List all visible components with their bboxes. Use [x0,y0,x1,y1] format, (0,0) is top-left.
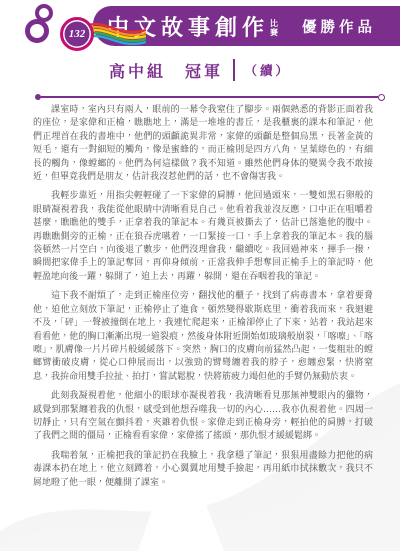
story-paragraph: 這下我不耐煩了，走到正榆座位旁，翻找他的櫃子，找到了病毒書本，拿着要脅他，迫他立… [33,289,373,383]
decorative-ring-bottom [25,19,49,43]
story-body: 課室時，室內只有兩人，眼前的一幕令我窒住了腳步。兩個熟悉的背影正面着我的座位，是… [33,103,373,495]
subtitle-char-top: 比 [270,19,278,28]
header-rule [35,93,385,101]
continued-label: （續） [245,61,292,79]
story-paragraph: 我輕步靠近，用指尖輕輕碰了一下家偉的肩膊，他回過頭來，一雙如黑石卵般的眼睛凝視着… [33,189,373,283]
rule-right-ring [378,94,385,101]
rule-line [41,96,378,98]
title-divider-line [233,59,235,81]
subtitle-char-bottom: 賽 [270,28,278,37]
story-paragraph: 此刻我凝視着他，他細小的眼球亦凝視着我，我清晰看見那無神雙眼內的獵物，感覺到那緊… [33,389,373,443]
story-paragraph: 我喘着氣，正榆把我的筆記扔在我臉上，我拿穩了筆記，狠狠用盡餘力把他的病毒課本扔在… [33,449,373,489]
section-title-row: 高中組 冠軍 （續） [0,56,400,84]
page-number-badge: 132 [60,17,94,51]
winning-works-label: 優勝作品 [302,16,376,37]
page-number: 132 [69,28,86,40]
competition-subtitle-stacked: 比 賽 [270,19,278,37]
book-page: 中文故事創作 比 賽 優勝作品 132 高中組 冠軍 （續） 課室時，室內只有兩… [0,0,400,551]
section-title: 高中組 冠軍 [109,59,223,82]
story-paragraph: 課室時，室內只有兩人，眼前的一幕令我窒住了腳步。兩個熟悉的背影正面着我的座位，是… [33,103,373,183]
